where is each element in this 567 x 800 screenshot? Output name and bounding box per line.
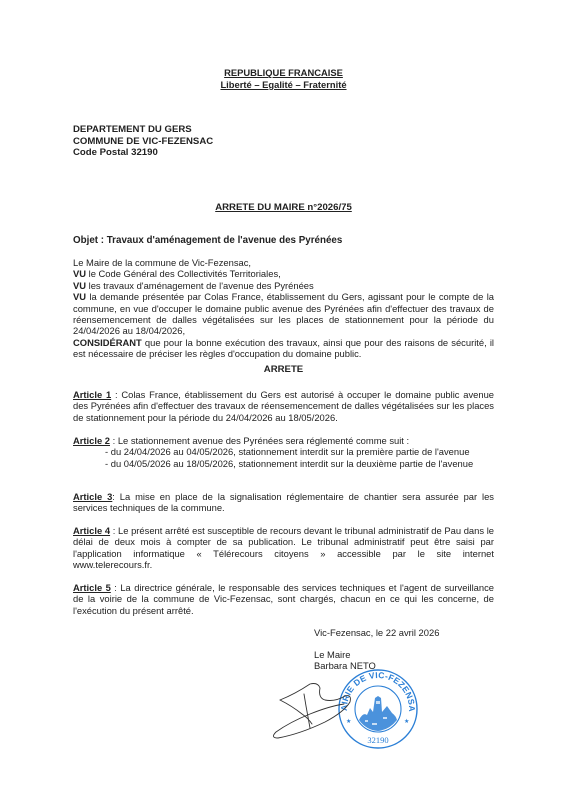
vu-text: la demande présentée par Colas France, é… <box>73 291 494 336</box>
article-text: : Le stationnement avenue des Pyrénées s… <box>110 435 409 446</box>
vu-clause-3: VU la demande présentée par Colas France… <box>73 291 494 337</box>
article-text: : La directrice générale, le responsable… <box>73 582 494 616</box>
decree-title: ARRETE DU MAIRE n°2026/75 <box>0 202 567 213</box>
signatory-role: Le Maire <box>314 649 350 660</box>
article-text: : La mise en place de la signalisation r… <box>73 491 494 513</box>
preamble: Le Maire de la commune de Vic-Fezensac, … <box>73 257 494 360</box>
republic-heading: REPUBLIQUE FRANCAISE <box>0 67 567 78</box>
decree-page: REPUBLIQUE FRANCAISE Liberté – Egalité –… <box>0 0 567 800</box>
article-text: : Le présent arrêté est susceptible de r… <box>73 525 494 559</box>
vu-label: VU <box>73 268 86 279</box>
department-name: DEPARTEMENT DU GERS <box>73 124 213 136</box>
article-2: Article 2 : Le stationnement avenue des … <box>73 435 494 469</box>
article-label: Article 4 <box>73 525 110 536</box>
article-label: Article 1 <box>73 389 111 400</box>
vu-clause-1: VU le Code Général des Collectivités Ter… <box>73 268 494 279</box>
article-5: Article 5 : La directrice générale, le r… <box>73 582 494 616</box>
administration-block: DEPARTEMENT DU GERS COMMUNE DE VIC-FEZEN… <box>73 124 213 159</box>
considerant-label: CONSIDÉRANT <box>73 337 142 348</box>
vu-label: VU <box>73 280 86 291</box>
preamble-intro: Le Maire de la commune de Vic-Fezensac, <box>73 257 494 268</box>
article-2-item: - du 04/05/2026 au 18/05/2026, stationne… <box>73 458 494 469</box>
article-4: Article 4 : Le présent arrêté est suscep… <box>73 525 494 571</box>
considerant-clause: CONSIDÉRANT que pour la bonne exécution … <box>73 337 494 360</box>
vu-text: les travaux d'aménagement de l'avenue de… <box>86 280 314 291</box>
svg-text:32190: 32190 <box>367 735 388 745</box>
vu-clause-2: VU les travaux d'aménagement de l'avenue… <box>73 280 494 291</box>
vu-label: VU <box>73 291 86 302</box>
article-label: Article 2 <box>73 435 110 446</box>
article-text: : Colas France, établissement du Gers es… <box>73 389 494 423</box>
telerecours-link[interactable]: www.telerecours.fr. <box>73 559 494 570</box>
svg-text:★: ★ <box>404 718 409 725</box>
article-3: Article 3: La mise en place de la signal… <box>73 491 494 514</box>
article-2-item: - du 24/04/2026 au 04/05/2026, stationne… <box>73 446 494 457</box>
mayor-signature <box>270 672 370 752</box>
commune-name: COMMUNE DE VIC-FEZENSAC <box>73 136 213 148</box>
decree-subject: Objet : Travaux d'aménagement de l'avenu… <box>73 235 342 246</box>
place-and-date: Vic-Fezensac, le 22 avril 2026 <box>314 627 439 638</box>
article-label: Article 5 <box>73 582 111 593</box>
arrete-heading: ARRETE <box>0 364 567 375</box>
republic-motto: Liberté – Egalité – Fraternité <box>0 79 567 90</box>
vu-text: le Code Général des Collectivités Territ… <box>86 268 281 279</box>
article-label: Article 3 <box>73 491 112 502</box>
postal-code: Code Postal 32190 <box>73 147 213 159</box>
article-1: Article 1 : Colas France, établissement … <box>73 389 494 423</box>
